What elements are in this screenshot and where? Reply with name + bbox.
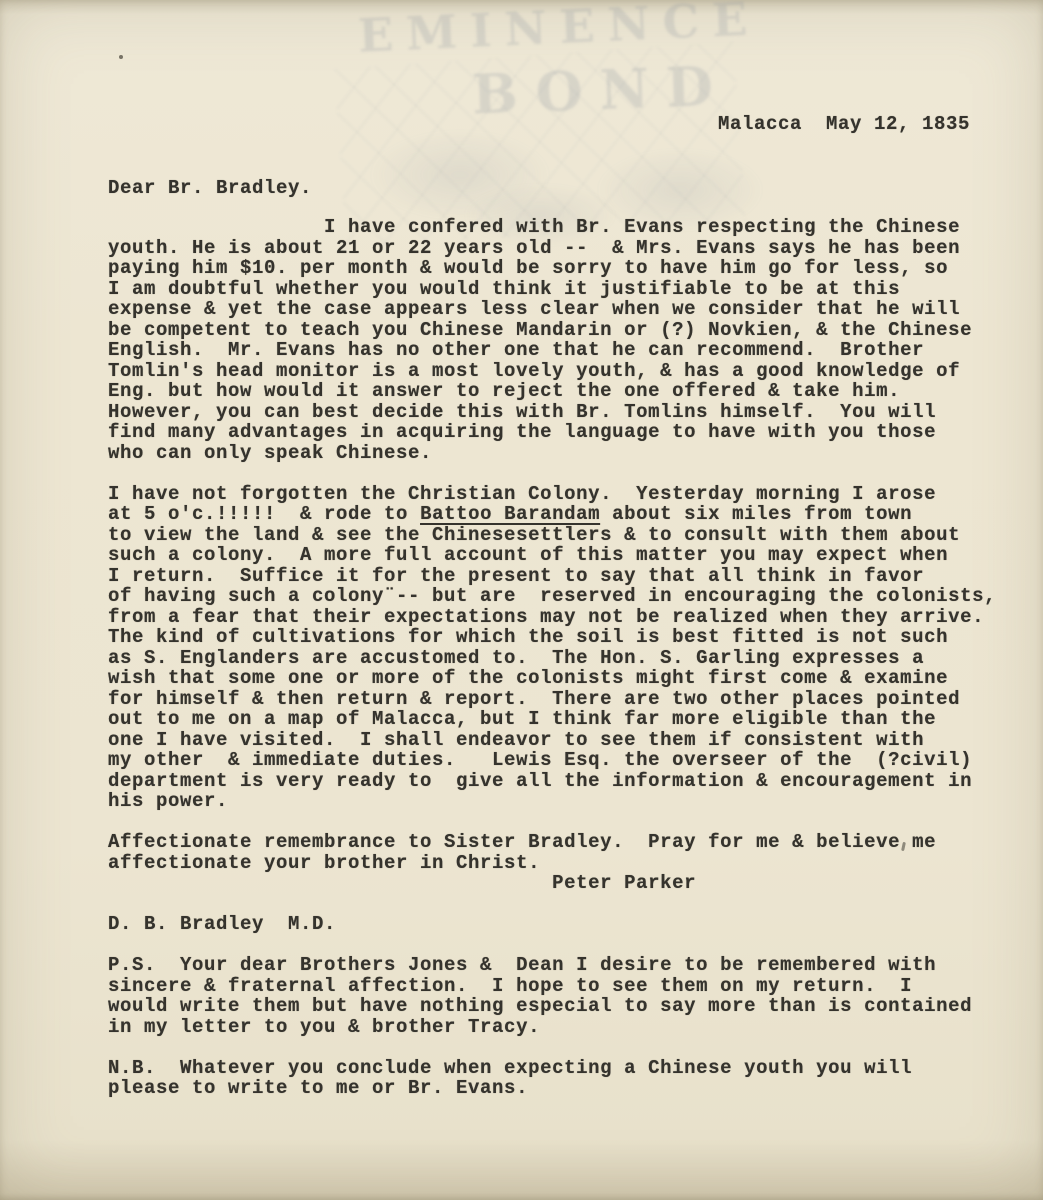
dateline: Malacca May 12, 1835 — [718, 114, 1018, 135]
nota-bene: N.B. Whatever you conclude when expectin… — [108, 1058, 1018, 1099]
text-line: one I have visited. I shall endeavor to … — [108, 730, 1018, 751]
text-line: sincere & fraternal affection. I hope to… — [108, 976, 1018, 997]
watermark-text-eminence: EMINENCE — [357, 0, 761, 63]
text-line: out to me on a map of Malacca, but I thi… — [108, 709, 1018, 730]
text-line: department is very ready to give all the… — [108, 771, 1018, 792]
text-line: find many advantages in acquiring the la… — [108, 422, 1018, 443]
text-line: to view the land & see the Chinesesettle… — [108, 525, 1018, 546]
salutation: Dear Br. Bradley. — [108, 178, 1018, 199]
text-segment: at 5 o'c.!!!!! & rode to — [108, 503, 420, 525]
text-line: for himself & then return & report. Ther… — [108, 689, 1018, 710]
text-line: such a colony. A more full account of th… — [108, 545, 1018, 566]
text-line: Peter Parker — [108, 873, 1018, 894]
letter-page: EMINENCE BOND Malacca May 12, 1835 Dear … — [0, 0, 1043, 1200]
text-line: However, you can best decide this with B… — [108, 402, 1018, 423]
text-segment: about six miles from town — [600, 503, 912, 525]
closing: Affectionate remembrance to Sister Bradl… — [108, 832, 1018, 894]
text-line: paying him $10. per month & would be sor… — [108, 258, 1018, 279]
text-line: N.B. Whatever you conclude when expectin… — [108, 1058, 1018, 1079]
text-line: of having such a colony¨-- but are reser… — [108, 586, 1018, 607]
text-line: D. B. Bradley M.D. — [108, 914, 1018, 935]
text-line: be competent to teach you Chinese Mandar… — [108, 320, 1018, 341]
text-line: wish that some one or more of the coloni… — [108, 668, 1018, 689]
text-line: as S. Englanders are accustomed to. The … — [108, 648, 1018, 669]
text-line: The kind of cultivations for which the s… — [108, 627, 1018, 648]
letter-body: I have confered with Br. Evans respectin… — [108, 217, 1018, 1099]
text-line: affectionate your brother in Christ. — [108, 853, 1018, 874]
text-line: Eng. but how would it answer to reject t… — [108, 381, 1018, 402]
postscript: P.S. Your dear Brothers Jones & Dean I d… — [108, 955, 1018, 1037]
text-line: I have confered with Br. Evans respectin… — [108, 217, 1018, 238]
text-line: youth. He is about 21 or 22 years old --… — [108, 238, 1018, 259]
text-line: please to write to me or Br. Evans. — [108, 1078, 1018, 1099]
text-line: I have not forgotten the Christian Colon… — [108, 484, 1018, 505]
text-line: expense & yet the case appears less clea… — [108, 299, 1018, 320]
text-line: Affectionate remembrance to Sister Bradl… — [108, 832, 1018, 853]
text-line: at 5 o'c.!!!!! & rode to Battoo Barandam… — [108, 504, 1018, 525]
underlined-text: Battoo Barandam — [420, 503, 600, 525]
letter-content: Malacca May 12, 1835 Dear Br. Bradley. I… — [108, 114, 1018, 1119]
text-line: I am doubtful whether you would think it… — [108, 279, 1018, 300]
text-line: Tomlin's head monitor is a most lovely y… — [108, 361, 1018, 382]
addressee: D. B. Bradley M.D. — [108, 914, 1018, 935]
body-paragraph-2: I have not forgotten the Christian Colon… — [108, 484, 1018, 812]
text-line: I return. Suffice it for the present to … — [108, 566, 1018, 587]
text-line: who can only speak Chinese. — [108, 443, 1018, 464]
text-line: my other & immediate duties. Lewis Esq. … — [108, 750, 1018, 771]
ink-speck — [119, 55, 123, 59]
text-line: English. Mr. Evans has no other one that… — [108, 340, 1018, 361]
text-line: from a fear that their expectations may … — [108, 607, 1018, 628]
text-line: would write them but have nothing especi… — [108, 996, 1018, 1017]
body-paragraph-1: I have confered with Br. Evans respectin… — [108, 217, 1018, 463]
text-line: in my letter to you & brother Tracy. — [108, 1017, 1018, 1038]
text-line: P.S. Your dear Brothers Jones & Dean I d… — [108, 955, 1018, 976]
text-line: his power. — [108, 791, 1018, 812]
